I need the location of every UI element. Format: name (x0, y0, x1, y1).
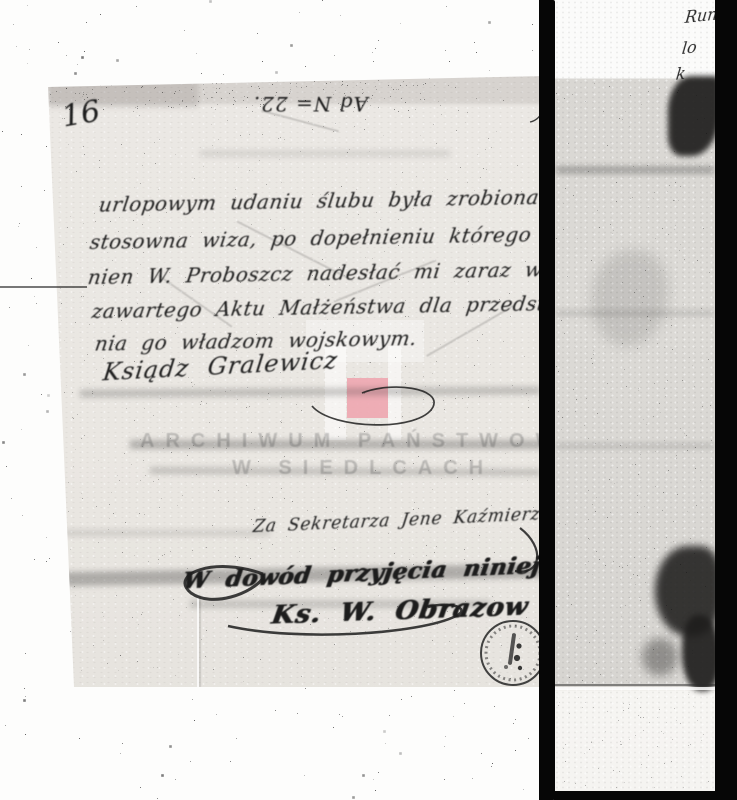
ink-smudge (556, 166, 714, 174)
attestation-signature: Ks. W. Obrazow (270, 591, 531, 630)
scanned-document-viewport: ARCHIWUM PAŃSTWOWE W SIEDLCACH 16 Ad N= … (0, 0, 737, 800)
film-black-bar-right (715, 0, 737, 800)
attestation-line: W dowód przyjęcia niniejszego (181, 548, 617, 594)
handwritten-line: urlopowym udaniu ślubu była zrobiona (97, 185, 541, 217)
paper-fold-crease (197, 595, 199, 687)
paper-grain-noise (0, 0, 1, 1)
paper-tear-line (554, 684, 715, 686)
dark-stain (682, 615, 715, 691)
archive-watermark-text: ARCHIWUM PAŃSTWOWE (140, 430, 590, 453)
ink-smudge (556, 443, 714, 449)
docket-number-upside-down: Ad N= 22. (256, 92, 368, 116)
ink-smudge (60, 530, 270, 536)
handwriting-fragment: Run (684, 4, 715, 27)
watermark-white-band (388, 346, 401, 440)
ink-bleedthrough (592, 250, 668, 346)
dark-stain (655, 546, 715, 636)
ink-smudge (80, 386, 540, 397)
dark-stain (642, 638, 678, 676)
watermark-pink-square (347, 378, 388, 418)
paper-tear-line (554, 687, 715, 690)
dark-stain (668, 76, 715, 156)
handwritten-line: stosowna wiza, po dopełnieniu którego wi (88, 222, 571, 254)
ink-smudge (556, 310, 714, 316)
paper-grain-noise (0, 0, 1, 1)
handwriting-fragment: k (675, 63, 687, 83)
handwriting-fragment: lo (681, 37, 698, 58)
adjacent-page-strip: Run lo k (554, 0, 715, 800)
pen-dash-mark (0, 286, 87, 288)
ink-smudge (200, 150, 450, 157)
page-number: 16 (59, 94, 103, 135)
handwritten-line: nien W. Proboszcz nadesłać mi zaraz wypi… (86, 257, 587, 290)
secretary-line: Za Sekretarza Jene Kaźmierz (252, 505, 542, 538)
archive-stamp-icon (476, 616, 550, 690)
handwritten-line: zawartego Aktu Małżeństwa dla przedstawi… (90, 291, 596, 324)
paper-grain-noise (554, 0, 555, 1)
paper-grain-noise (554, 0, 555, 1)
archive-watermark-text: W SIEDLCACH (232, 457, 494, 480)
film-grain-noise (0, 0, 1, 1)
